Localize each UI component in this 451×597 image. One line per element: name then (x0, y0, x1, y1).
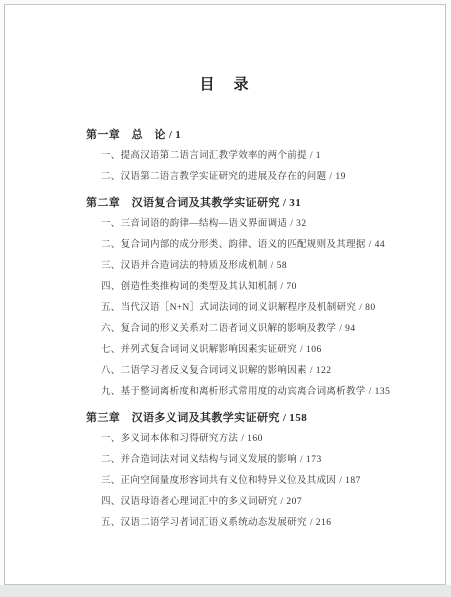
entry-title: 一、多义词本体和习得研究方法 (101, 434, 238, 444)
entry-page-number: 58 (277, 261, 288, 271)
toc-entry: 四、汉语母语者心理词汇中的多义词研究/207 (101, 492, 445, 513)
chapter-page-number: 158 (289, 412, 307, 424)
chapter-heading: 第一章 总 论/1 (86, 125, 445, 146)
page-separator: / (336, 324, 345, 334)
page-separator: / (280, 412, 289, 424)
page-separator: / (307, 366, 316, 376)
entry-page-number: 160 (247, 434, 263, 444)
entry-page-number: 44 (375, 240, 386, 250)
toc-entry: 一、三音词语的韵律—结构—语义界面调适/32 (101, 214, 445, 235)
page-separator: / (166, 129, 175, 141)
entry-title: 二、并合造词法对词义结构与词义发展的影响 (101, 455, 297, 465)
toc-entry: 七、并列式复合词词义识解影响因素实证研究/106 (101, 340, 445, 361)
page-separator: / (307, 518, 316, 528)
chapter-title: 第二章 汉语复合词及其教学实证研究 (86, 197, 280, 209)
toc-entry: 五、当代汉语［N+N］式词法词的词义识解程序及机制研究/80 (101, 298, 445, 319)
entry-title: 七、并列式复合词词义识解影响因素实证研究 (101, 345, 297, 355)
page-separator: / (238, 434, 247, 444)
toc-entry: 四、创造性类推构词的类型及其认知机制/70 (101, 277, 445, 298)
page-separator: / (336, 476, 345, 486)
chapter-heading: 第二章 汉语复合词及其教学实证研究/31 (86, 193, 445, 214)
toc-entry: 六、复合词的形义关系对二语者词义识解的影响及教学/94 (101, 319, 445, 340)
table-of-contents: 第一章 总 论/1 一、提高汉语第二语言词汇教学效率的两个前提/1 二、汉语第二… (5, 125, 445, 534)
toc-entry: 二、汉语第二语言教学实证研究的进展及存在的问题/19 (101, 167, 445, 188)
entry-title: 四、创造性类推构词的类型及其认知机制 (101, 282, 277, 292)
toc-chapter-1: 第一章 总 论/1 一、提高汉语第二语言词汇教学效率的两个前提/1 二、汉语第二… (5, 125, 445, 188)
entry-title: 二、复合词内部的成分形类、韵律、语义的匹配规则及其理据 (101, 240, 366, 250)
entry-title: 八、二语学习者反义复合词词义识解的影响因素 (101, 366, 307, 376)
entry-page-number: 70 (286, 282, 297, 292)
entry-title: 一、提高汉语第二语言词汇教学效率的两个前提 (101, 151, 307, 161)
entry-page-number: 216 (316, 518, 332, 528)
entry-title: 三、正向空间量度形容词共有义位和特异义位及其成因 (101, 476, 336, 486)
entry-page-number: 187 (345, 476, 361, 486)
entry-page-number: 1 (316, 151, 321, 161)
page-separator: / (307, 151, 316, 161)
entry-page-number: 173 (306, 455, 322, 465)
toc-entry: 三、正向空间量度形容词共有义位和特异义位及其成因/187 (101, 471, 445, 492)
entry-page-number: 94 (345, 324, 356, 334)
entry-title: 二、汉语第二语言教学实证研究的进展及存在的问题 (101, 172, 326, 182)
chapter-title: 第三章 汉语多义词及其教学实证研究 (86, 412, 280, 424)
chapter-page-number: 1 (175, 129, 181, 141)
entry-title: 九、基于整词离析度和离析形式常用度的动宾离合词离析教学 (101, 387, 366, 397)
toc-entry: 三、汉语并合造词法的特质及形成机制/58 (101, 256, 445, 277)
entry-page-number: 122 (316, 366, 332, 376)
toc-entry: 二、并合造词法对词义结构与词义发展的影响/173 (101, 450, 445, 471)
book-page: 目 录 第一章 总 论/1 一、提高汉语第二语言词汇教学效率的两个前提/1 二、… (4, 4, 446, 585)
entry-title: 三、汉语并合造词法的特质及形成机制 (101, 261, 268, 271)
chapter-heading: 第三章 汉语多义词及其教学实证研究/158 (86, 408, 445, 429)
toc-entry: 一、多义词本体和习得研究方法/160 (101, 429, 445, 450)
toc-entry: 八、二语学习者反义复合词词义识解的影响因素/122 (101, 361, 445, 382)
page-separator: / (297, 455, 306, 465)
toc-chapter-2: 第二章 汉语复合词及其教学实证研究/31 一、三音词语的韵律—结构—语义界面调适… (5, 193, 445, 403)
page-separator: / (356, 303, 365, 313)
entry-page-number: 106 (306, 345, 322, 355)
chapter-page-number: 31 (289, 197, 301, 209)
entry-title: 一、三音词语的韵律—结构—语义界面调适 (101, 219, 287, 229)
page-separator: / (287, 219, 296, 229)
toc-entry: 五、汉语二语学习者词汇语义系统动态发展研究/216 (101, 513, 445, 534)
page-separator: / (268, 261, 277, 271)
toc-chapter-3: 第三章 汉语多义词及其教学实证研究/158 一、多义词本体和习得研究方法/160… (5, 408, 445, 534)
entry-title: 五、汉语二语学习者词汇语义系统动态发展研究 (101, 518, 307, 528)
entry-title: 四、汉语母语者心理词汇中的多义词研究 (101, 497, 277, 507)
page-separator: / (366, 387, 375, 397)
entry-page-number: 135 (375, 387, 391, 397)
entry-page-number: 32 (296, 219, 307, 229)
entry-page-number: 19 (335, 172, 346, 182)
page-separator: / (280, 197, 289, 209)
page-separator: / (297, 345, 306, 355)
toc-entry: 二、复合词内部的成分形类、韵律、语义的匹配规则及其理据/44 (101, 235, 445, 256)
entry-page-number: 80 (365, 303, 376, 313)
entry-title: 六、复合词的形义关系对二语者词义识解的影响及教学 (101, 324, 336, 334)
entry-title: 五、当代汉语［N+N］式词法词的词义识解程序及机制研究 (101, 303, 356, 313)
toc-entry: 九、基于整词离析度和离析形式常用度的动宾离合词离析教学/135 (101, 382, 445, 403)
page-title: 目 录 (5, 73, 445, 94)
page-separator: / (366, 240, 375, 250)
page-edge-shadow (0, 585, 451, 597)
toc-entry: 一、提高汉语第二语言词汇教学效率的两个前提/1 (101, 146, 445, 167)
chapter-title: 第一章 总 论 (86, 129, 166, 141)
entry-page-number: 207 (286, 497, 302, 507)
